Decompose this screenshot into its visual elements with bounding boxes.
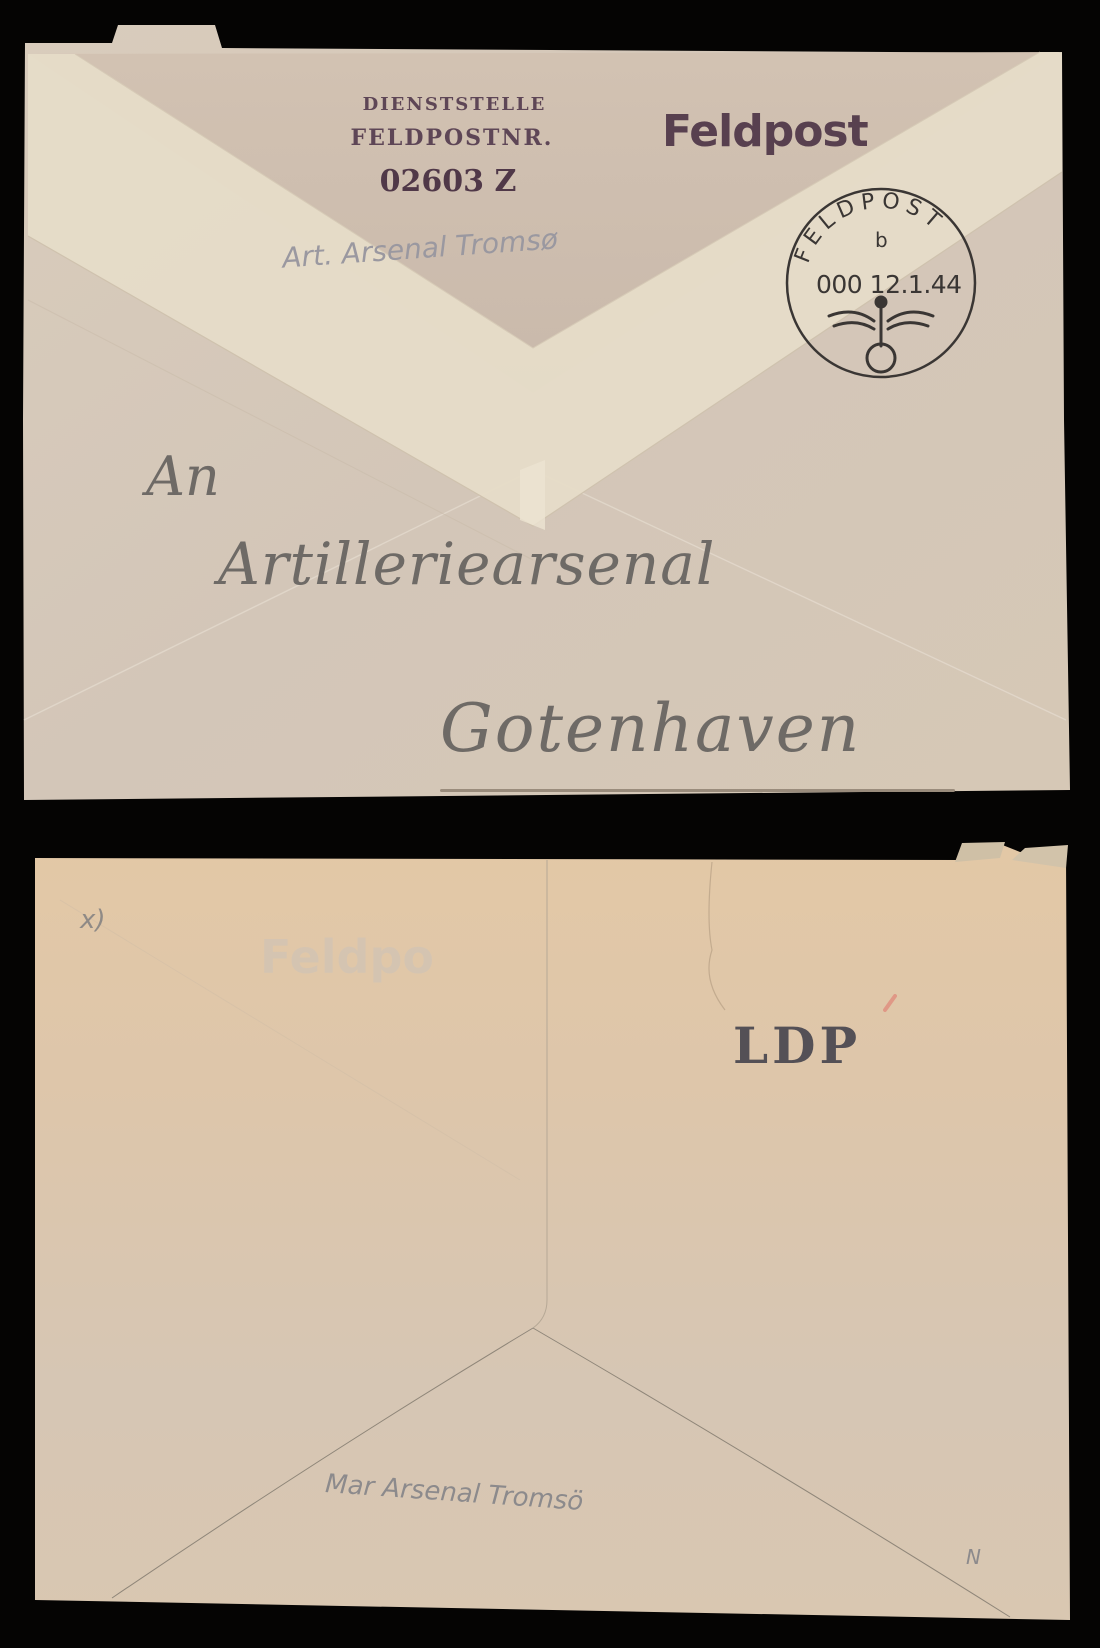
bottom-envelope-graphic — [0, 0, 1100, 1648]
partial-ldp-stamp: LDP — [733, 1016, 861, 1075]
corner-mark: x) — [80, 905, 106, 935]
corner-pencil-mark: N — [966, 1545, 981, 1569]
bottom-envelope: x) Feldpo LDP Mar Arsenal Tromsö N — [0, 0, 1100, 1648]
show-through-text: Feldpo — [260, 930, 434, 984]
